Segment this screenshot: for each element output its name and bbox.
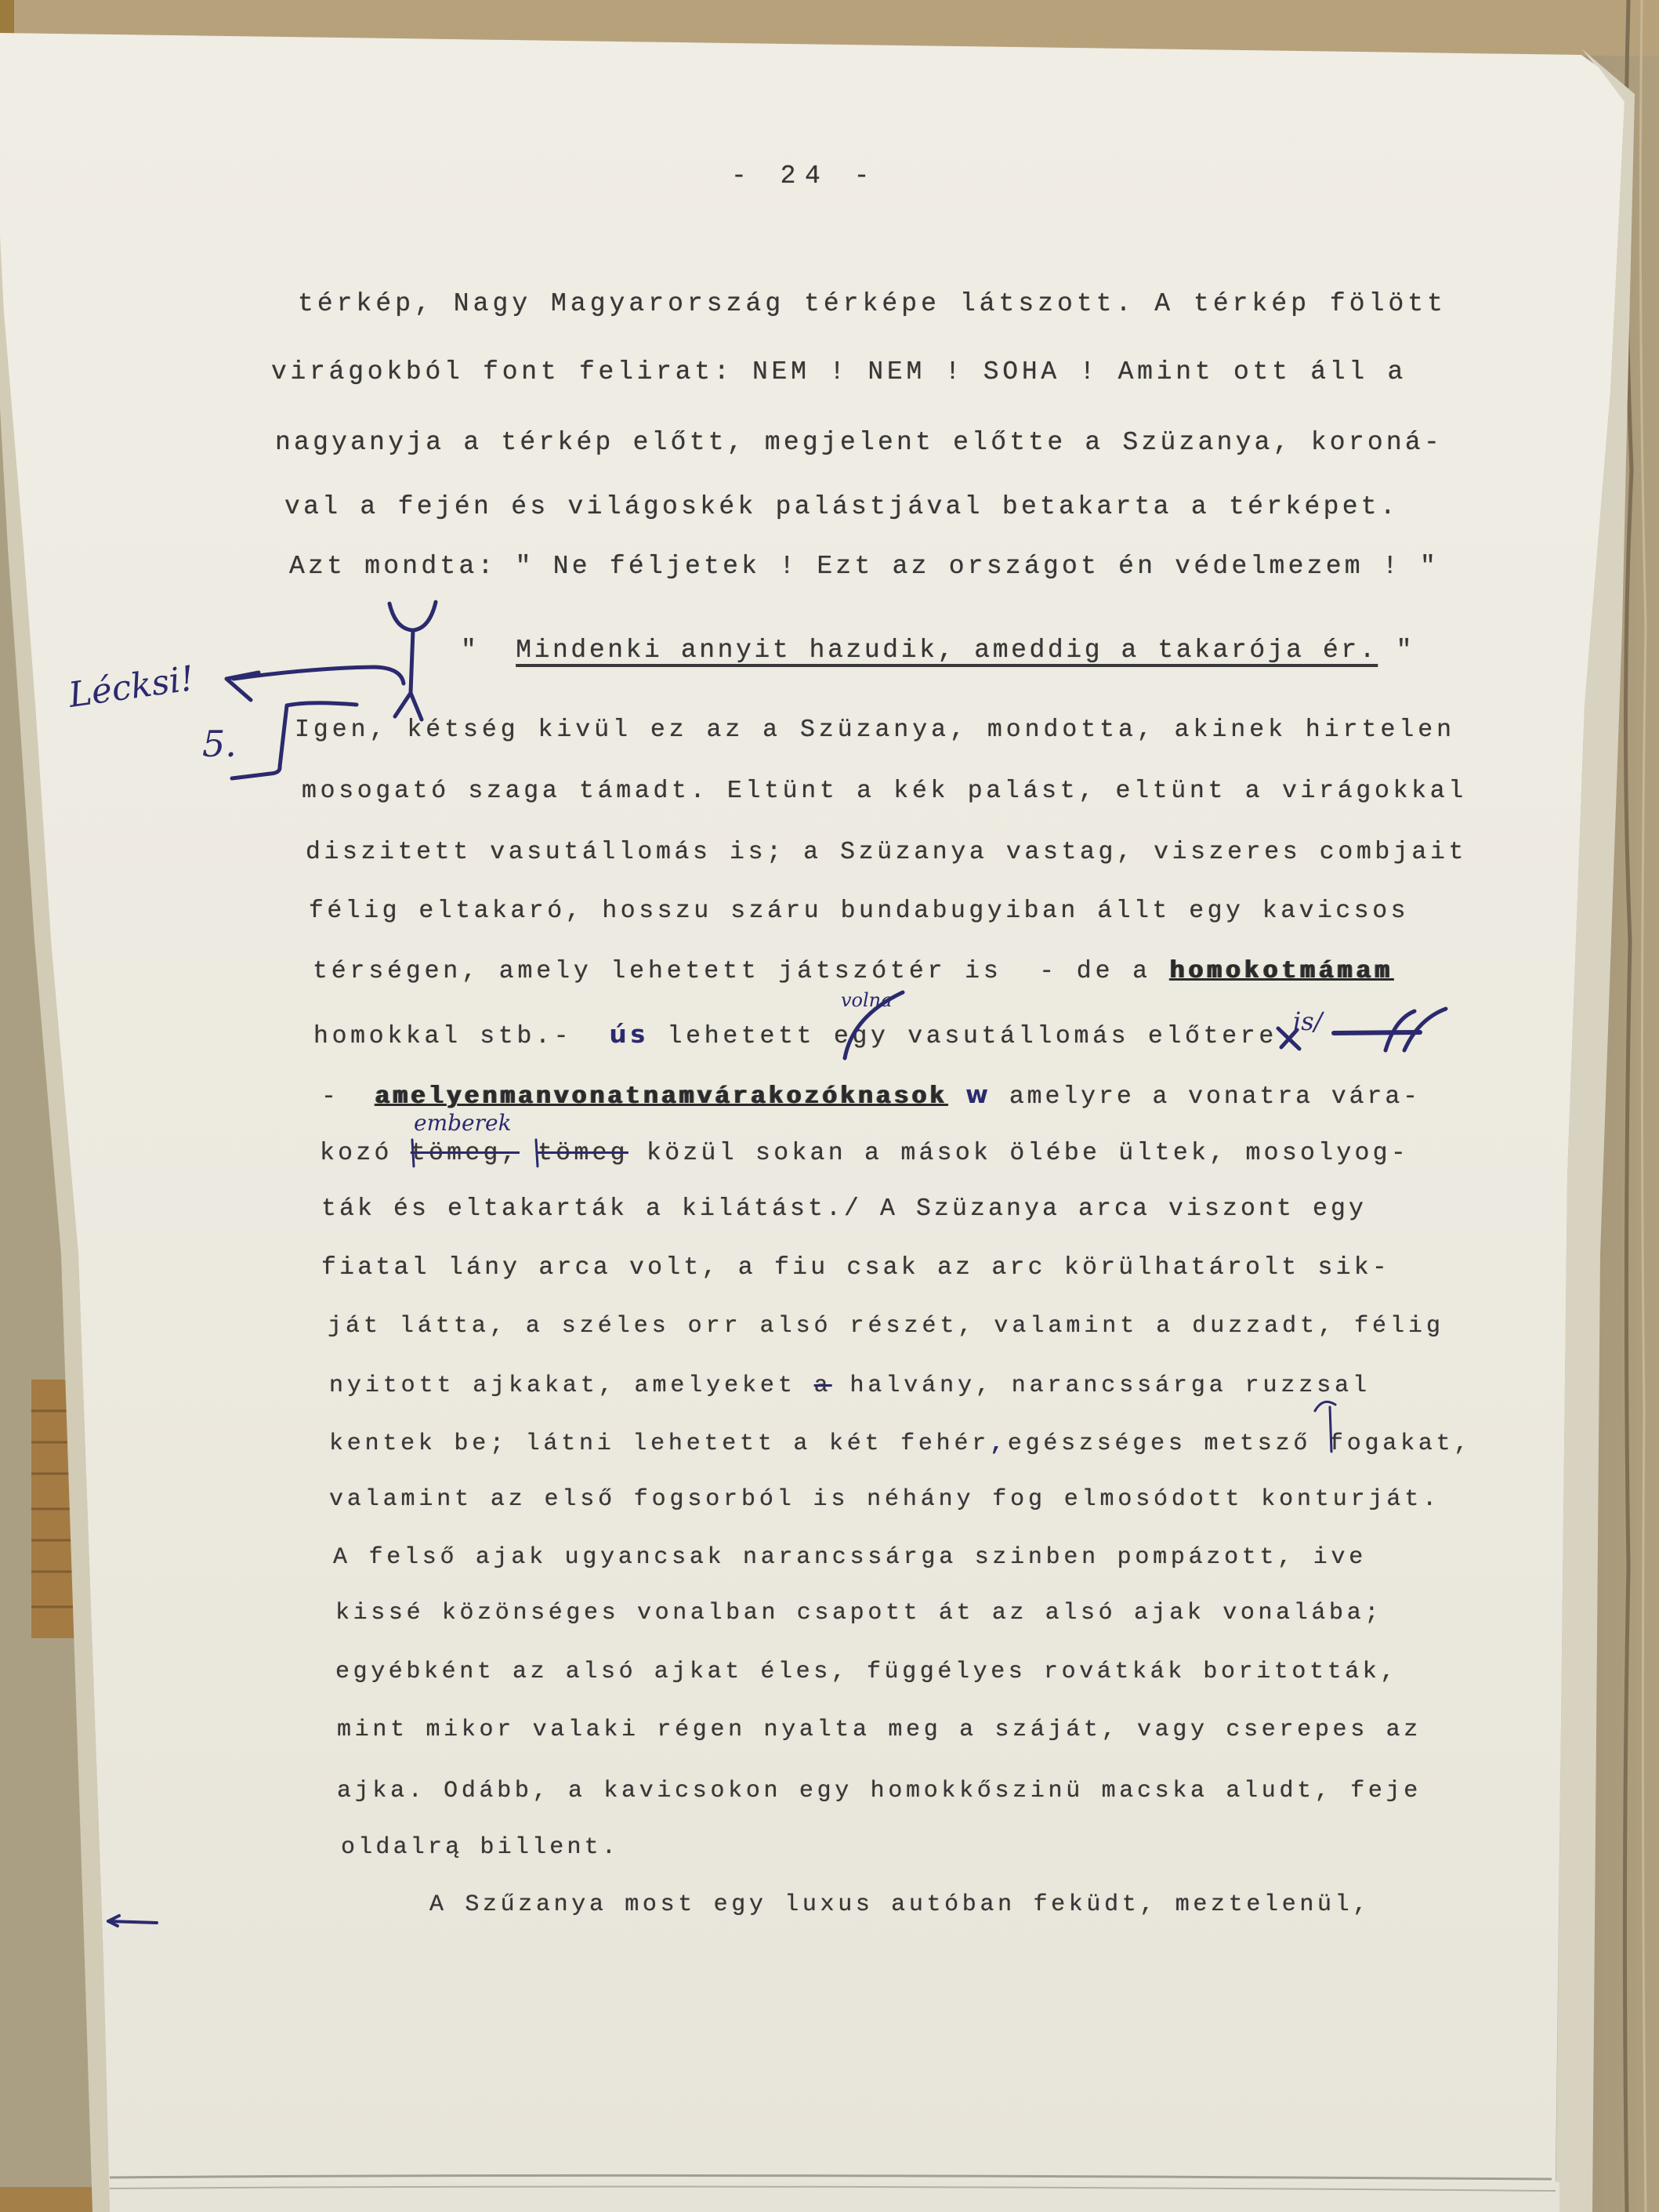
slash-marks-icon <box>1386 1009 1446 1050</box>
inserted-word-emberek: emberek <box>414 1110 512 1136</box>
strike-line-icon <box>1334 1032 1420 1033</box>
inserted-word-is: is/ <box>1293 1006 1325 1036</box>
pen-annotations: Lécksi! 5. volna is/ emberek <box>0 0 1659 2212</box>
insertion-mark-icon <box>389 602 436 720</box>
section-number: 5. <box>202 723 237 765</box>
bracket-mark-icon <box>232 703 357 778</box>
inserted-word-volna: volna <box>841 989 892 1011</box>
caret-mark-icon <box>1315 1402 1335 1452</box>
margin-arrow-icon <box>108 1916 157 1926</box>
left-arrow-icon <box>226 667 404 700</box>
tick-marks-icon <box>412 1140 538 1166</box>
photo-scene: - 24 - térkép, Nagy Magyarország térképe… <box>0 0 1659 2212</box>
margin-note: Lécksi! <box>65 658 196 716</box>
